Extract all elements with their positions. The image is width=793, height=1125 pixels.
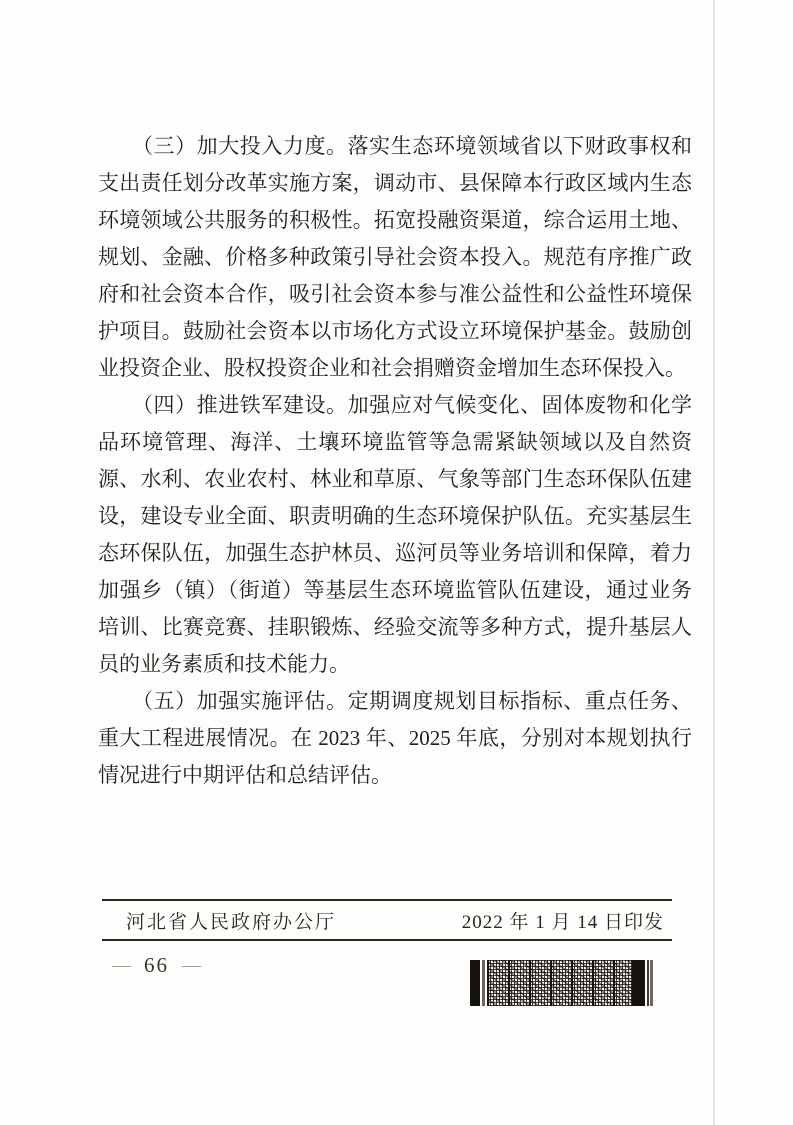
text-line: 支出责任划分改革实施方案，调动市、县保障本行政区域内生态 <box>98 165 692 202</box>
text-line: （五）加强实施评估。定期调度规划目标指标、重点任务、 <box>98 683 692 720</box>
text-line: 设，建设专业全面、职责明确的生态环境保护队伍。充实基层生 <box>98 498 692 535</box>
text-line: 品环境管理、海洋、土壤环境监管等急需紧缺领域以及自然资 <box>98 424 692 461</box>
text-line: 府和社会资本合作，吸引社会资本参与准公益性和公益性环境保 <box>98 276 692 313</box>
text-line: 加强乡（镇）（街道）等基层生态环境监管队伍建设，通过业务 <box>98 572 692 609</box>
text-line: 员的业务素质和技术能力。 <box>98 646 692 683</box>
page-number-dash-right: — <box>182 955 201 977</box>
text-line: 护项目。鼓励社会资本以市场化方式设立环境保护基金。鼓励创 <box>98 313 692 350</box>
barcode-thin-bar <box>650 960 653 1006</box>
paragraph: （五）加强实施评估。定期调度规划目标指标、重点任务、 重大工程进展情况。在 20… <box>98 683 692 794</box>
text-line: （四）推进铁军建设。加强应对气候变化、固体废物和化学 <box>98 387 692 424</box>
text-line: 情况进行中期评估和总结评估。 <box>98 757 692 794</box>
page-number: — 66 — <box>112 953 201 978</box>
page-number-value: 66 <box>144 953 169 978</box>
barcode-data-region <box>487 960 632 1006</box>
footer-top-rule <box>102 899 672 901</box>
text-line: 业投资企业、股权投资企业和社会捐赠资金增加生态环保投入。 <box>98 350 692 387</box>
footer: 河北省人民政府办公厅 2022 年 1 月 14 日印发 <box>102 903 672 937</box>
text-line: 态环保队伍，加强生态护林员、巡河员等业务培训和保障，着力 <box>98 535 692 572</box>
scan-artifact-band <box>715 0 793 1125</box>
footer-print-date: 2022 年 1 月 14 日印发 <box>462 907 672 934</box>
text-line: （三）加大投入力度。落实生态环境领域省以下财政事权和 <box>98 128 692 165</box>
text-line: 培训、比赛竞赛、挂职锻炼、经验交流等多种方式，提升基层人 <box>98 609 692 646</box>
barcode-start-bar <box>470 960 480 1006</box>
text-line: 环境领域公共服务的积极性。拓宽投融资渠道，综合运用土地、 <box>98 202 692 239</box>
scan-artifact-line <box>713 0 715 1125</box>
text-line: 源、水利、农业农村、林业和草原、气象等部门生态环保队伍建 <box>98 461 692 498</box>
text-line: 重大工程进展情况。在 2023 年、2025 年底，分别对本规划执行 <box>98 720 692 757</box>
barcode-2d-icon <box>470 960 653 1006</box>
document-page: （三）加大投入力度。落实生态环境领域省以下财政事权和 支出责任划分改革实施方案，… <box>0 0 793 1125</box>
paragraph: （三）加大投入力度。落实生态环境领域省以下财政事权和 支出责任划分改革实施方案，… <box>98 128 692 387</box>
paragraph: （四）推进铁军建设。加强应对气候变化、固体废物和化学 品环境管理、海洋、土壤环境… <box>98 387 692 683</box>
barcode-stop-bar <box>632 960 645 1006</box>
page-number-dash-left: — <box>112 955 131 977</box>
body-text: （三）加大投入力度。落实生态环境领域省以下财政事权和 支出责任划分改革实施方案，… <box>98 128 692 794</box>
footer-bottom-rule <box>102 939 672 941</box>
text-line: 规划、金融、价格多种政策引导社会资本投入。规范有序推广政 <box>98 239 692 276</box>
footer-issuer: 河北省人民政府办公厅 <box>102 907 336 934</box>
